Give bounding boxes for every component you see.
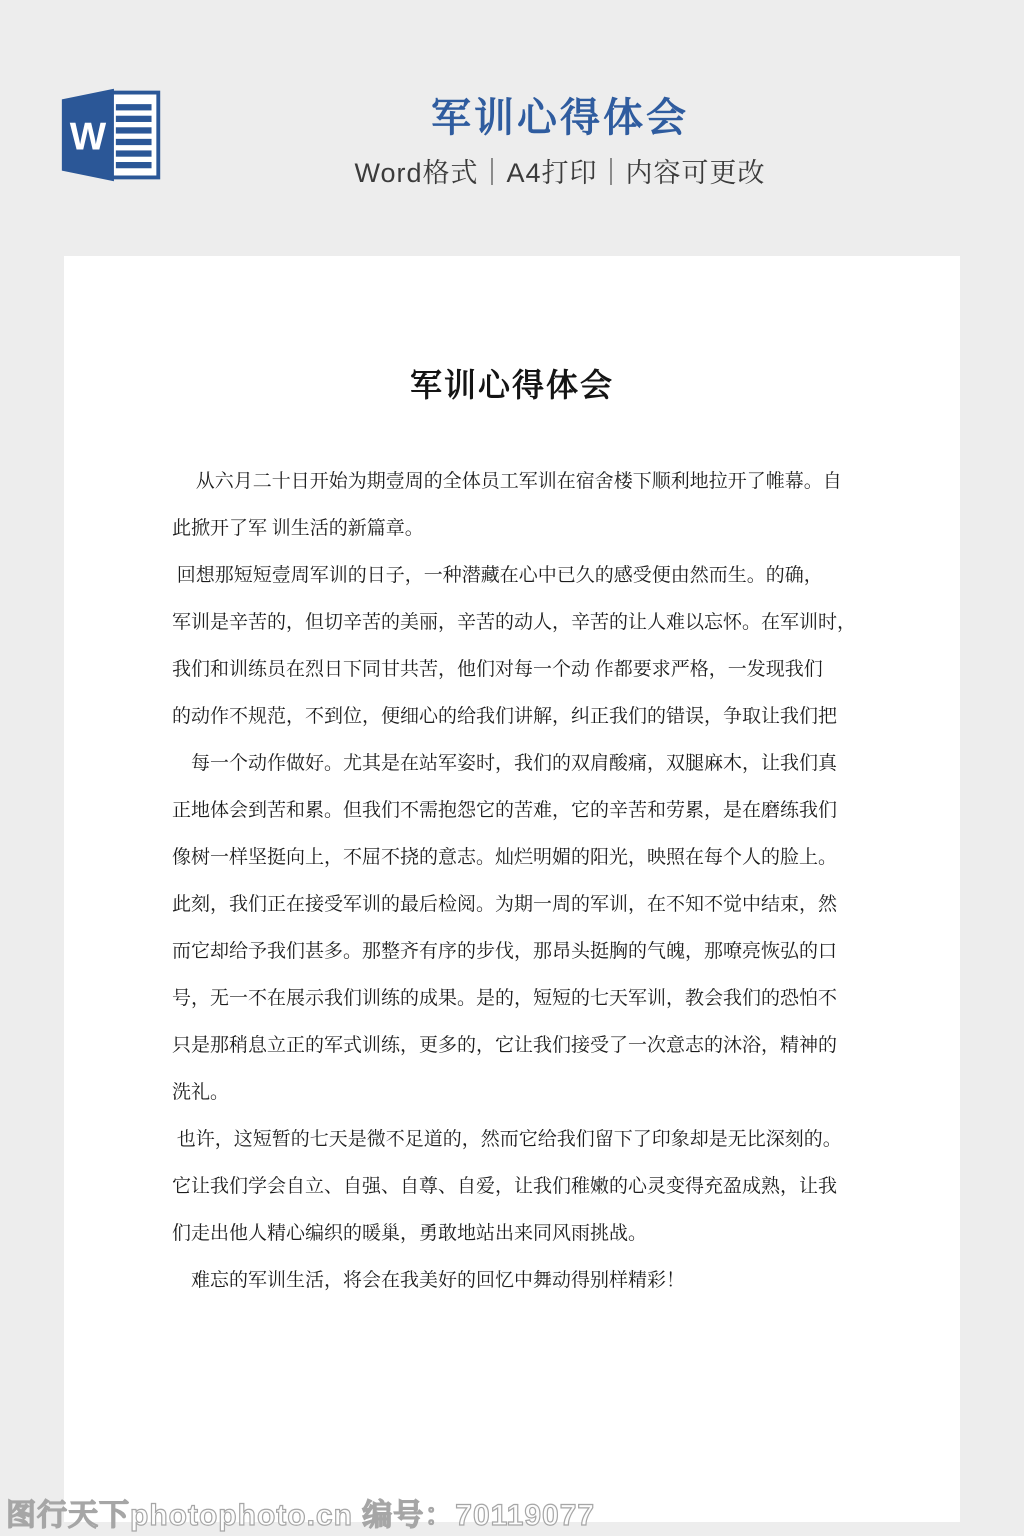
doc-text-line: 们走出他人精心编织的暖巢，勇敢地站出来同风雨挑战。	[172, 1210, 856, 1257]
doc-text-line: 每一个动作做好。尤其是在站军姿时，我们的双肩酸痛，双腿麻木，让我们真	[172, 740, 856, 787]
doc-text-line: 像树一样坚挺向上，不屈不挠的意志。灿烂明媚的阳光，映照在每个人的脸上。	[172, 834, 856, 881]
doc-text-line: 回想那短短壹周军训的日子，一种潜藏在心中已久的感受便由然而生。的确，	[172, 552, 856, 599]
template-preview: W 军训心得体会 Word格式｜A4打印｜内容可更改 军训心得体会 从六月二十日…	[0, 0, 1024, 1536]
doc-text-line: 而它却给予我们甚多。那整齐有序的步伐，那昂头挺胸的气魄，那嘹亮恢弘的口	[172, 928, 856, 975]
doc-text-line: 此刻，我们正在接受军训的最后检阅。为期一周的军训，在不知不觉中结束，然	[172, 881, 856, 928]
document-title: 军训心得体会	[64, 360, 960, 406]
doc-text-line: 号，无一不在展示我们训练的成果。是的，短短的七天军训，教会我们的恐怕不	[172, 975, 856, 1022]
document-page: 军训心得体会 从六月二十日开始为期壹周的全体员工军训在宿舍楼下顺利地拉开了帷幕。…	[64, 256, 960, 1522]
doc-text-line: 难忘的军训生活，将会在我美好的回忆中舞动得别样精彩！	[172, 1257, 856, 1304]
doc-text-line: 正地体会到苦和累。但我们不需抱怨它的苦难，它的辛苦和劳累，是在磨练我们	[172, 787, 856, 834]
doc-text-line: 也许，这短暂的七天是微不足道的，然而它给我们留下了印象却是无比深刻的。	[172, 1116, 856, 1163]
doc-text-line: 从六月二十日开始为期壹周的全体员工军训在宿舍楼下顺利地拉开了帷幕。自	[172, 458, 856, 505]
template-subtitle: Word格式｜A4打印｜内容可更改	[0, 151, 1024, 190]
doc-text-line: 此掀开了军 训生活的新篇章。	[172, 505, 856, 552]
doc-text-line: 的动作不规范，不到位，便细心的给我们讲解，纠正我们的错误，争取让我们把	[172, 693, 856, 740]
document-body: 从六月二十日开始为期壹周的全体员工军训在宿舍楼下顺利地拉开了帷幕。自此掀开了军 …	[172, 458, 856, 1304]
doc-text-line: 只是那稍息立正的军式训练，更多的，它让我们接受了一次意志的沐浴，精神的	[172, 1022, 856, 1069]
doc-text-line: 它让我们学会自立、自强、自尊、自爱，让我们稚嫩的心灵变得充盈成熟，让我	[172, 1163, 856, 1210]
template-title: 军训心得体会	[0, 86, 1024, 143]
doc-text-line: 我们和训练员在烈日下同甘共苦，他们对每一个动 作都要求严格，一发现我们	[172, 646, 856, 693]
doc-text-line: 洗礼。	[172, 1069, 856, 1116]
watermark: 图行天下photophoto.cn 编号：70119077	[6, 1490, 595, 1534]
doc-text-line: 军训是辛苦的，但切辛苦的美丽，辛苦的动人，辛苦的让人难以忘怀。在军训时，	[172, 599, 856, 646]
